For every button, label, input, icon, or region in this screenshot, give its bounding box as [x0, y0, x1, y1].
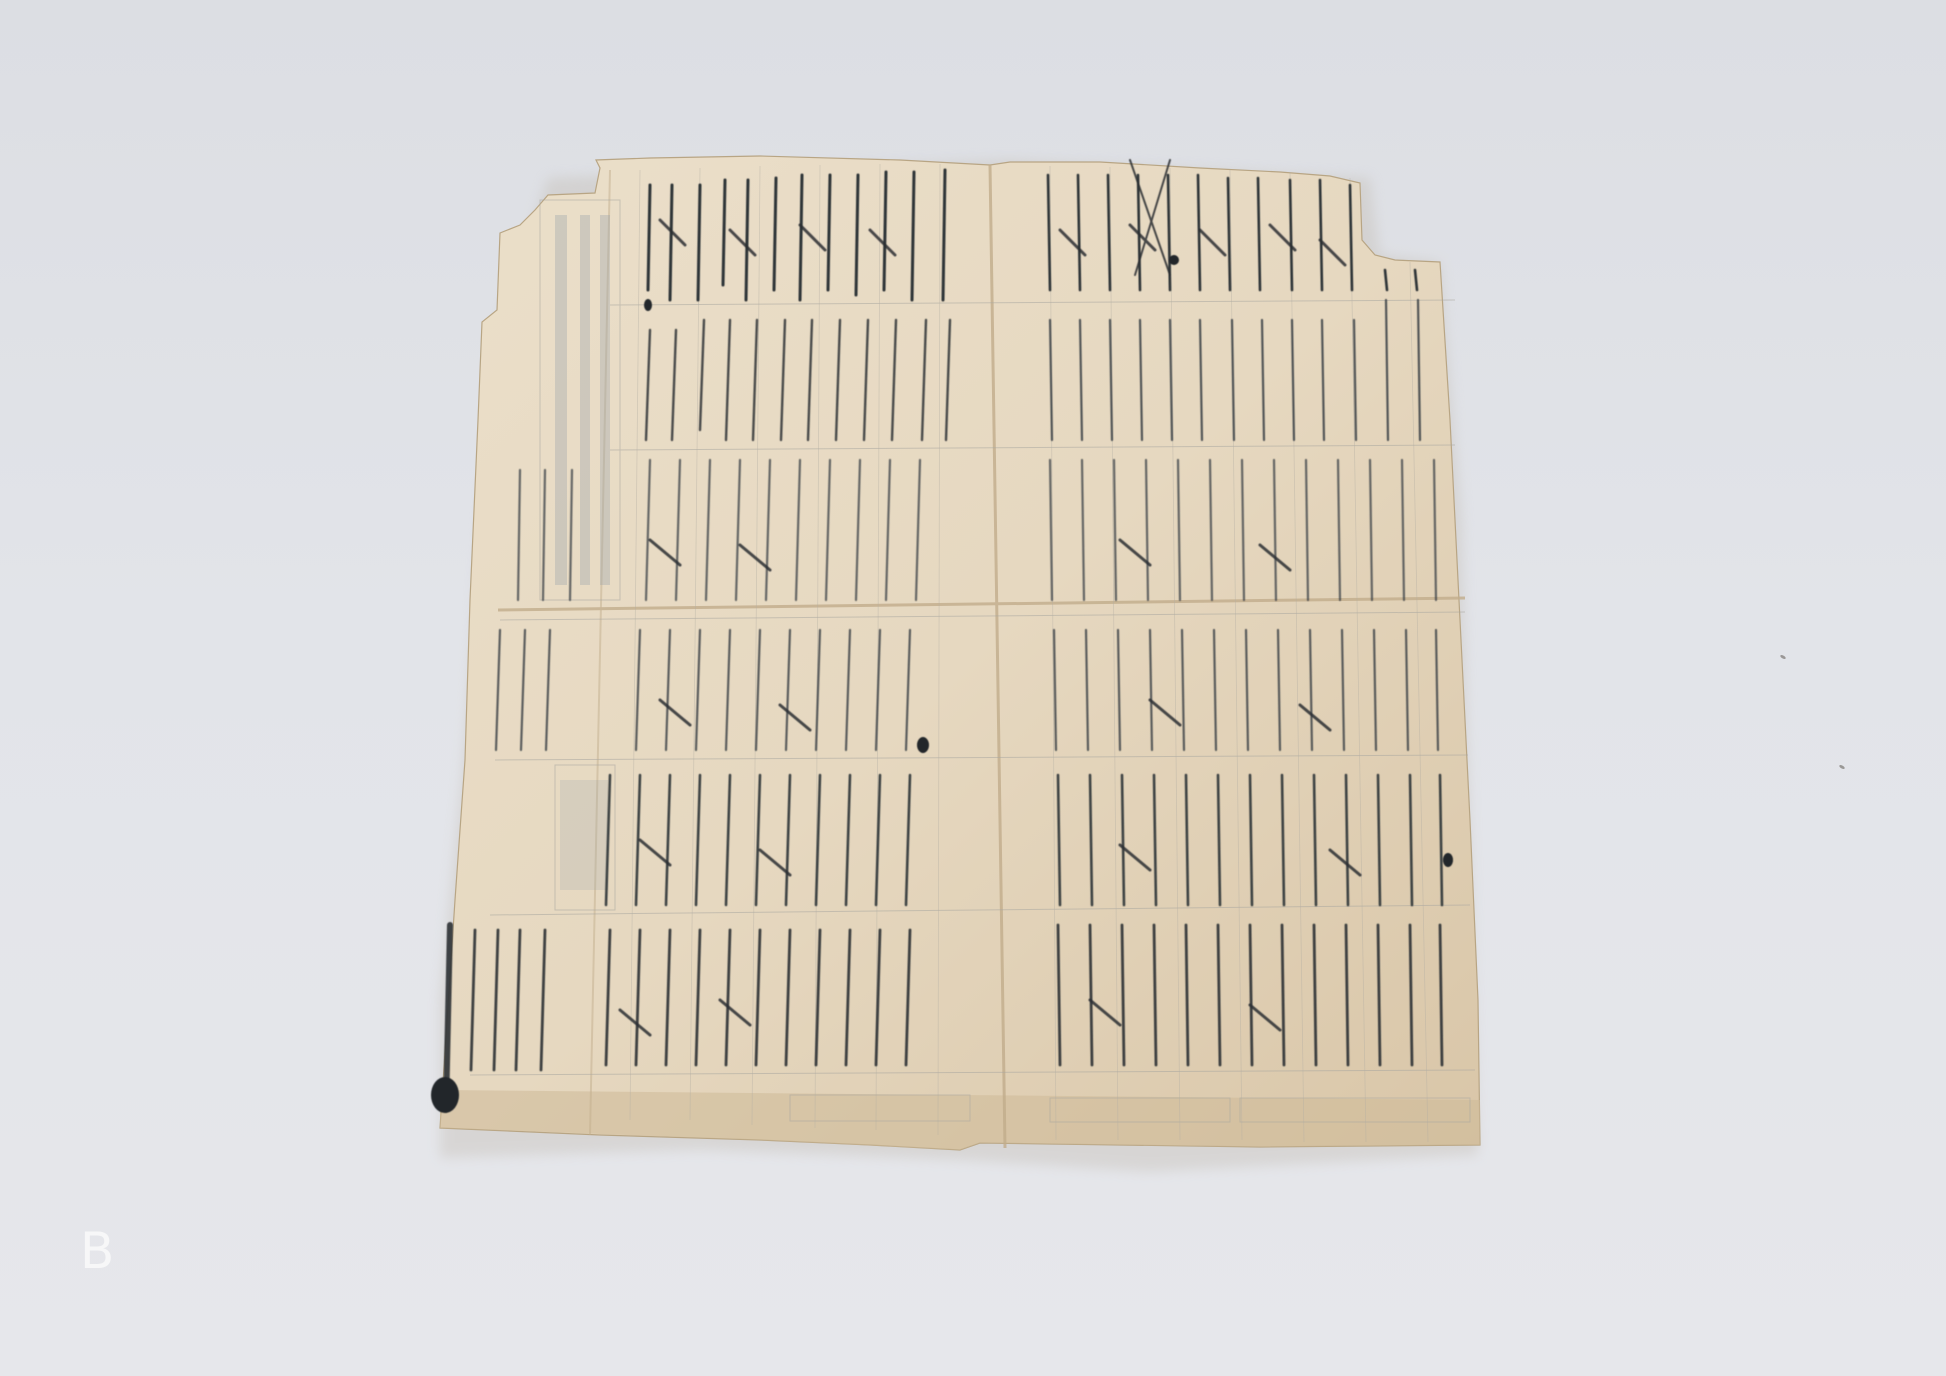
- document-photo: [0, 0, 1946, 1376]
- paper-sheet: [440, 156, 1480, 1150]
- panel-label: B: [80, 1226, 114, 1276]
- faint-printed-text: [555, 215, 610, 890]
- dust-specks: [1780, 654, 1846, 770]
